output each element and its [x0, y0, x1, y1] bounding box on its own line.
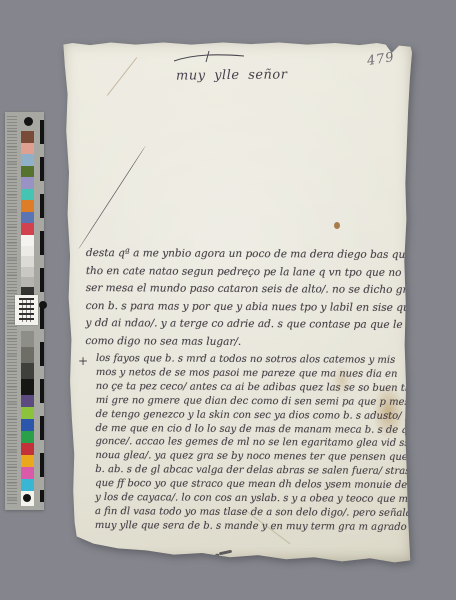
manuscript-line: desta qª a me ynbio agora un poco de ma … [86, 245, 408, 265]
archival-photograph: 479 muy ylle señor desta qª a me ynbio a… [0, 0, 456, 600]
manuscript-line: tho en cate natao segun pedreço pe la la… [86, 263, 408, 283]
ink-blot [334, 222, 340, 229]
manuscript-line: y dd ai ndao/. y a terge co adrie ad. s … [85, 315, 407, 335]
manuscript-line: muy ylle que sera de b. s mande y en muy… [95, 519, 417, 535]
cross-flourish-icon [172, 50, 250, 66]
marginal-cross-mark: + [78, 354, 88, 368]
paper-crease-topleft [107, 57, 137, 95]
folio-number: 479 [366, 50, 396, 69]
paragraph-2: los fayos que b. s mrd a todos no sotros… [95, 352, 418, 535]
manuscript-line: de tengo genezco y la skin con sec ya di… [96, 408, 418, 424]
diagonal-pen-stroke [78, 145, 146, 250]
manuscript-line: mi gre no gmere que dian dec como di sen… [96, 394, 418, 410]
manuscript-line: con b. s para mas y por que y abia nues … [86, 298, 408, 318]
manuscript-line: ser mesa el mundo paso cataron seis de a… [86, 280, 408, 300]
paragraph-1: desta qª a me ynbio agora un poco de ma … [85, 245, 408, 353]
bottom-ink-mark [219, 550, 232, 556]
manuscript-page-wrap: 479 muy ylle señor desta qª a me ynbio a… [0, 0, 456, 600]
manuscript-line: como digo no sea mas lugar/. [85, 333, 407, 353]
salutation-heading: muy ylle señor [176, 67, 288, 83]
manuscript-page: 479 muy ylle señor desta qª a me ynbio a… [62, 42, 412, 564]
